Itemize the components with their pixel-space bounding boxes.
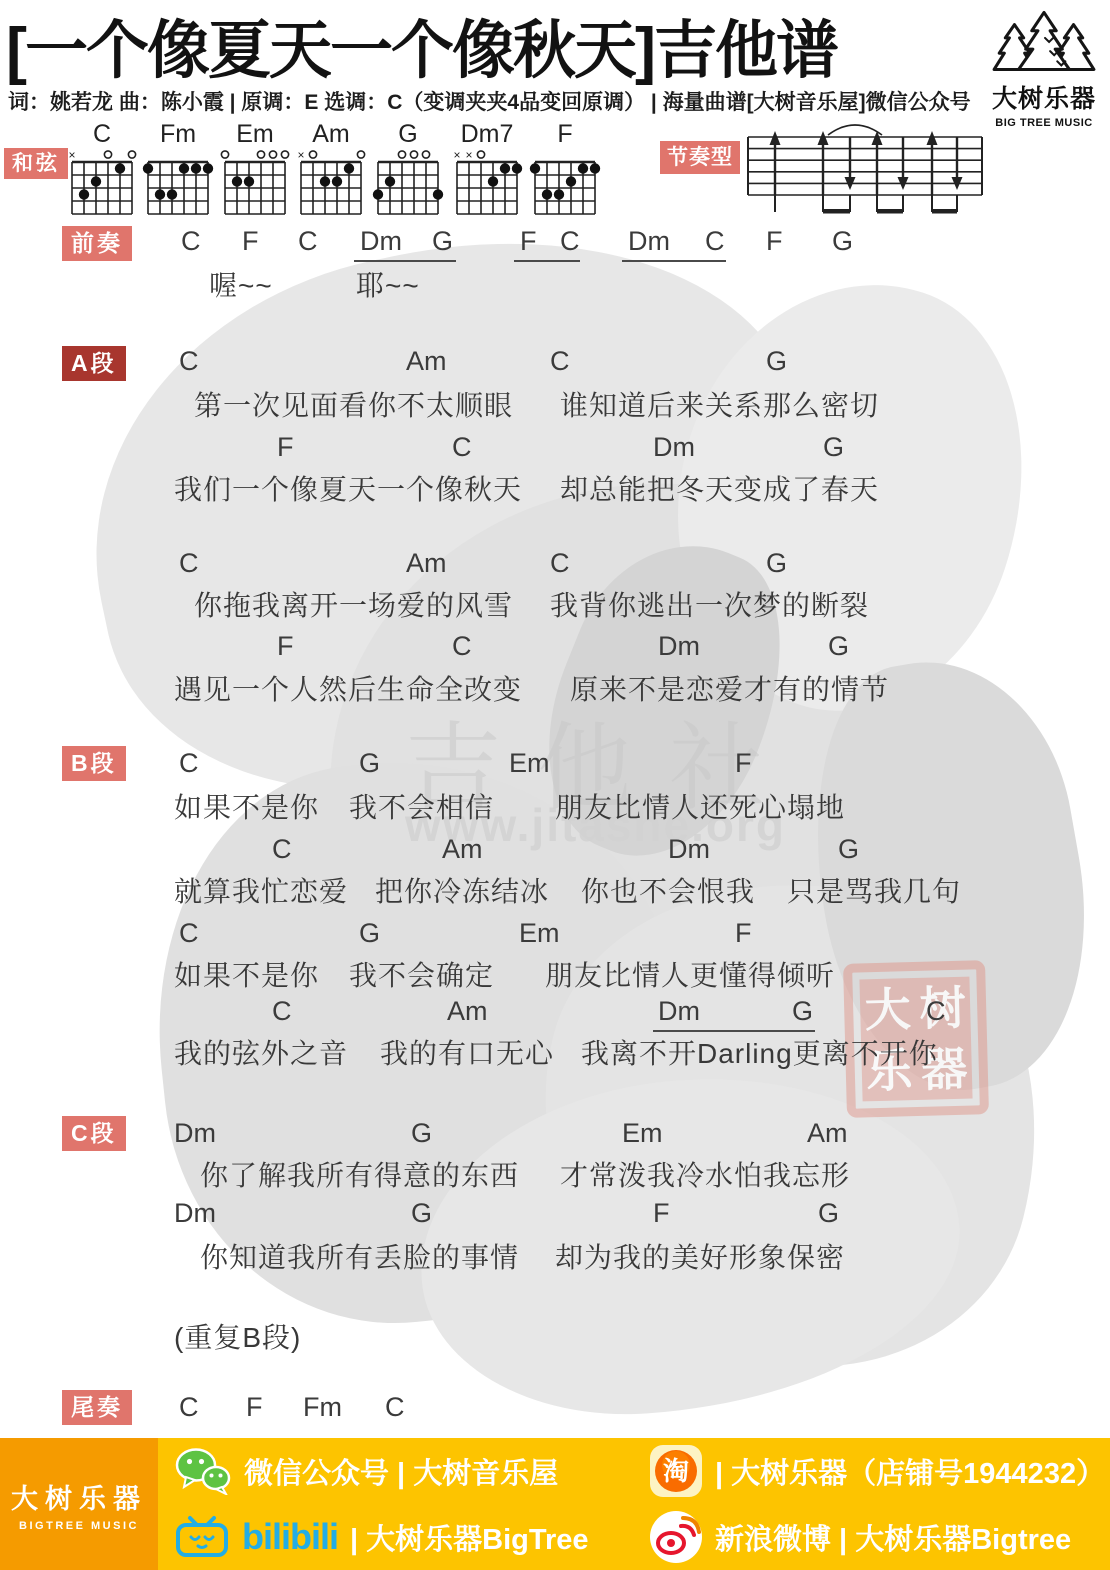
bigtree-logo: 大树乐器 BIG TREE MUSIC — [982, 10, 1106, 129]
brand-name: 大树乐器 — [982, 79, 1106, 115]
svg-text:C: C — [93, 120, 111, 148]
page-title: [一个像夏天一个像秋天]吉他谱 — [6, 0, 837, 91]
lyric-text: 我不会确定 — [349, 954, 494, 994]
lyric-text: 却总能把冬天变成了春天 — [560, 468, 879, 508]
chord-label: C — [298, 226, 318, 257]
footer-taobao-text: | 大树乐器（店铺号1944232） — [715, 1451, 1105, 1492]
lyric-text: 原来不是恋爱才有的情节 — [570, 668, 889, 708]
chord-label: G — [766, 548, 787, 579]
svg-text:Am: Am — [312, 120, 350, 148]
chord-label: C — [179, 548, 199, 579]
bilibili-icon — [174, 1515, 230, 1559]
chord-label: G — [828, 631, 849, 662]
lyric-text: 我的有口无心 — [380, 1032, 554, 1072]
pine-trees-icon — [988, 10, 1100, 76]
svg-text:×: × — [297, 148, 304, 162]
footer-links: 微信公众号 | 大树音乐屋 淘 | 大树乐器（店铺号1944232） — [158, 1438, 1110, 1570]
chord-label: G — [818, 1198, 839, 1229]
section-label-3: C段 — [62, 1116, 126, 1151]
chord-label: G — [766, 346, 787, 377]
chord-diagram-C: C× — [66, 120, 138, 225]
lyric-text: 你了解我所有得意的东西 — [200, 1154, 519, 1194]
lyric-text: 如果不是你 — [174, 786, 319, 826]
chord-label: C — [452, 631, 472, 662]
chord-label: C — [179, 748, 199, 779]
chord-label: C — [926, 996, 946, 1027]
svg-text:×: × — [465, 148, 472, 162]
lyric-text: 把你冷冻结冰 — [375, 870, 549, 910]
section-label-2: B段 — [62, 746, 126, 781]
chord-label: F — [277, 631, 294, 662]
chord-label: C — [272, 834, 292, 865]
wechat-icon — [174, 1447, 232, 1495]
chord-underline — [514, 260, 580, 262]
chord-label: F — [242, 226, 259, 257]
chord-label: G — [359, 918, 380, 949]
chord-label: Dm — [658, 631, 700, 662]
chord-label: C — [705, 226, 725, 257]
lyric-text: 却为我的美好形象保密 — [555, 1236, 845, 1276]
footer-brand-block: 大树乐器 BIGTREE MUSIC — [0, 1438, 158, 1570]
chord-label: Dm — [174, 1118, 216, 1149]
chord-label: C — [550, 346, 570, 377]
footer-wechat-item: 微信公众号 | 大树音乐屋 — [174, 1447, 649, 1495]
chord-diagram-Fm: Fm — [142, 120, 214, 225]
chord-label: Am — [442, 834, 483, 865]
chord-label: Dm — [658, 996, 700, 1027]
chord-label: F — [277, 432, 294, 463]
chord-label: C — [452, 432, 472, 463]
chord-diagram-Em: Em — [219, 120, 291, 225]
svg-text:Fm: Fm — [160, 120, 196, 148]
lyric-text: 你知道我所有丢脸的事情 — [200, 1236, 519, 1276]
section-label-0: 前奏 — [62, 226, 132, 261]
chord-label: Em — [622, 1118, 663, 1149]
chord-label: G — [411, 1198, 432, 1229]
svg-text:淘: 淘 — [663, 1456, 689, 1486]
chord-label: Dm — [653, 432, 695, 463]
chord-label: F — [653, 1198, 670, 1229]
section-label-5: 尾奏 — [62, 1390, 132, 1425]
chord-underline — [622, 260, 726, 262]
lyric-text: 才常泼我冷水怕我忘形 — [560, 1154, 850, 1194]
svg-text:×: × — [68, 148, 75, 162]
svg-text:×: × — [453, 148, 460, 162]
svg-text:F: F — [557, 120, 572, 148]
brand-subtitle: BIG TREE MUSIC — [982, 117, 1106, 129]
chord-label: C — [179, 346, 199, 377]
chord-label: F — [735, 748, 752, 779]
chord-label: C — [560, 226, 580, 257]
chord-label: G — [792, 996, 813, 1027]
lyric-text: (重复B段) — [174, 1316, 301, 1356]
lyric-text: 谁知道后来关系那么密切 — [560, 384, 879, 424]
footer-bilibili-text: | 大树乐器BigTree — [350, 1517, 589, 1558]
lyric-text: 我不会相信 — [349, 786, 494, 826]
chord-diagram-G: G — [372, 120, 444, 225]
weibo-icon — [649, 1510, 703, 1564]
rhythm-pattern-staff — [650, 108, 1000, 228]
chord-label: G — [832, 226, 853, 257]
chord-label: C — [179, 918, 199, 949]
chord-label: Am — [807, 1118, 848, 1149]
lyric-text: 就算我忙恋爱 — [174, 870, 348, 910]
chord-label: C — [181, 226, 201, 257]
chord-label: G — [432, 226, 453, 257]
lyric-text: 我背你逃出一次梦的断裂 — [550, 584, 869, 624]
lyric-text: 朋友比情人更懂得倾听 — [545, 954, 835, 994]
chord-label: Am — [406, 548, 447, 579]
chord-label: C — [272, 996, 292, 1027]
chord-diagram-F: F — [529, 120, 601, 225]
footer-wechat-text: 微信公众号 | 大树音乐屋 — [244, 1451, 558, 1492]
footer-bar: 大树乐器 BIGTREE MUSIC 微信公众号 — [0, 1438, 1110, 1570]
chord-label: Am — [406, 346, 447, 377]
lyric-text: 朋友比情人还死心塌地 — [555, 786, 845, 826]
guitar-tab-sheet: 吉他社 www.jitashe.org 大 树 乐 器 [一个像夏天一个像秋天]… — [0, 0, 1110, 1570]
chord-label: F — [520, 226, 537, 257]
svg-text:G: G — [398, 120, 417, 148]
section-label-1: A段 — [62, 346, 126, 381]
chord-label: G — [838, 834, 859, 865]
svg-text:Dm7: Dm7 — [461, 120, 514, 148]
chord-label: Em — [519, 918, 560, 949]
lyric-text: 喔~~ — [209, 264, 273, 304]
lyric-text: 遇见一个人然后生命全改变 — [174, 668, 522, 708]
svg-text:Em: Em — [236, 120, 274, 148]
lyric-text: 我离不开Darling更离不开你 — [581, 1032, 938, 1072]
chord-label: C — [179, 1392, 199, 1423]
footer-weibo-item: 新浪微博 | 大树乐器Bigtree — [649, 1510, 1110, 1564]
chord-diagram-Am: Am× — [295, 120, 367, 225]
seal-char: 大 — [864, 986, 911, 1033]
footer-taobao-item: 淘 | 大树乐器（店铺号1944232） — [649, 1444, 1110, 1498]
chord-label: G — [823, 432, 844, 463]
chord-label: G — [411, 1118, 432, 1149]
lyric-text: 我们一个像夏天一个像秋天 — [174, 468, 522, 508]
chord-label: F — [246, 1392, 263, 1423]
bilibili-wordmark: bilibili — [242, 1516, 338, 1558]
chord-underline — [354, 260, 456, 262]
chord-label: Dm — [668, 834, 710, 865]
lyric-text: 如果不是你 — [174, 954, 319, 994]
chord-label: Am — [447, 996, 488, 1027]
lyric-text: 你也不会恨我 — [581, 870, 755, 910]
chord-label: Em — [509, 748, 550, 779]
chord-label: Dm — [360, 226, 402, 257]
lyric-text: 你拖我离开一场爱的风雪 — [194, 584, 513, 624]
chord-label: Fm — [303, 1392, 342, 1423]
lyric-text: 耶~~ — [356, 264, 420, 304]
chord-diagram-Dm7: Dm7×× — [451, 120, 523, 225]
chord-label: Dm — [174, 1198, 216, 1229]
lyric-text: 我的弦外之音 — [174, 1032, 348, 1072]
chord-label: G — [359, 748, 380, 779]
chord-label: C — [385, 1392, 405, 1423]
footer-weibo-text: 新浪微博 | 大树乐器Bigtree — [715, 1517, 1071, 1558]
footer-brand-name: 大树乐器 — [11, 1477, 147, 1516]
footer-bilibili-item: bilibili | 大树乐器BigTree — [174, 1515, 649, 1559]
chord-label: F — [766, 226, 783, 257]
lyric-text: 只是骂我几句 — [787, 870, 961, 910]
chords-panel-label: 和弦 — [4, 148, 68, 179]
chord-label: Dm — [628, 226, 670, 257]
taobao-icon: 淘 — [649, 1444, 703, 1498]
footer-brand-subtitle: BIGTREE MUSIC — [19, 1520, 139, 1532]
chord-label: C — [550, 548, 570, 579]
lyric-text: 第一次见面看你不太顺眼 — [194, 384, 513, 424]
chord-label: F — [735, 918, 752, 949]
